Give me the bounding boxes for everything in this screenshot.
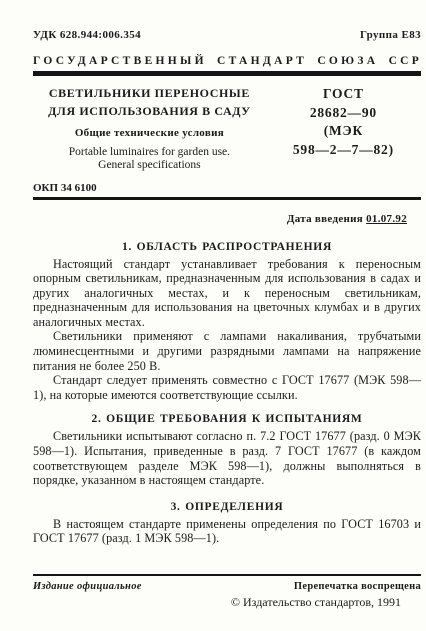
section-1-heading: 1. ОБЛАСТЬ РАСПРОСТРАНЕНИЯ: [33, 241, 421, 253]
section-3-heading: 3. ОПРЕДЕЛЕНИЯ: [33, 501, 421, 513]
mek-label: (МЭК: [266, 122, 421, 141]
document-body: 1. ОБЛАСТЬ РАСПРОСТРАНЕНИЯ Настоящий ста…: [33, 241, 421, 547]
reprint-prohibited-notice: Перепечатка воспрещена: [294, 581, 421, 592]
official-edition-notice: Издание официальное: [33, 581, 142, 592]
section-3-paragraph-1: В настоящем стандарте применены определе…: [33, 517, 421, 546]
standard-subtitle-ru: Общие технические условия: [33, 127, 266, 139]
section-1-paragraph-1: Настоящий стандарт устанавливает требова…: [33, 257, 421, 330]
title-block: СВЕТИЛЬНИКИ ПЕРЕНОСНЫЕ ДЛЯ ИСПОЛЬЗОВАНИЯ…: [33, 85, 421, 171]
footer-rule: [33, 574, 421, 576]
footer-notices: Издание официальное Перепечатка воспреще…: [33, 581, 421, 592]
udk-number: УДК 628.944:006.354: [33, 29, 141, 41]
section-1-paragraph-2: Светильники применяют с лампами накалива…: [33, 329, 421, 373]
state-standard-header: ГОСУДАРСТВЕННЫЙ СТАНДАРТ СОЮЗА ССР: [33, 55, 421, 67]
group-label: Группа Е83: [360, 29, 421, 41]
standard-title-ru-line2: ДЛЯ ИСПОЛЬЗОВАНИЯ В САДУ: [33, 103, 266, 121]
gost-label: ГОСТ: [266, 85, 421, 104]
effective-date: Дата введения 01.07.92: [33, 213, 421, 225]
mek-number: 598—2—7—82): [266, 141, 421, 160]
title-left-column: СВЕТИЛЬНИКИ ПЕРЕНОСНЫЕ ДЛЯ ИСПОЛЬЗОВАНИЯ…: [33, 85, 266, 171]
effective-date-label: Дата введения: [287, 213, 363, 225]
standard-title-en-line2: General specifications: [33, 159, 266, 172]
okp-code: ОКП 34 6100: [33, 182, 421, 194]
title-divider-rule: [33, 197, 421, 200]
designation-column: ГОСТ 28682—90 (МЭК 598—2—7—82): [266, 85, 421, 171]
page-footer: Издание официальное Перепечатка воспреще…: [33, 574, 421, 610]
standard-title-ru-line1: СВЕТИЛЬНИКИ ПЕРЕНОСНЫЕ: [33, 85, 266, 103]
gost-number: 28682—90: [266, 104, 421, 123]
standard-title-en-line1: Portable luminaires for garden use.: [33, 146, 266, 159]
effective-date-value: 01.07.92: [366, 213, 407, 225]
meta-row: УДК 628.944:006.354 Группа Е83: [33, 29, 421, 41]
header-rule: [33, 71, 421, 76]
gost-standard-page: УДК 628.944:006.354 Группа Е83 ГОСУДАРСТ…: [0, 0, 426, 631]
section-1-paragraph-3: Стандарт следует применять совместно с Г…: [33, 373, 421, 402]
copyright-line: © Издательство стандартов, 1991: [33, 595, 421, 610]
section-2-heading: 2. ОБЩИЕ ТРЕБОВАНИЯ К ИСПЫТАНИЯМ: [33, 413, 421, 425]
section-2-paragraph-1: Светильники испытывают согласно п. 7.2 Г…: [33, 429, 421, 487]
